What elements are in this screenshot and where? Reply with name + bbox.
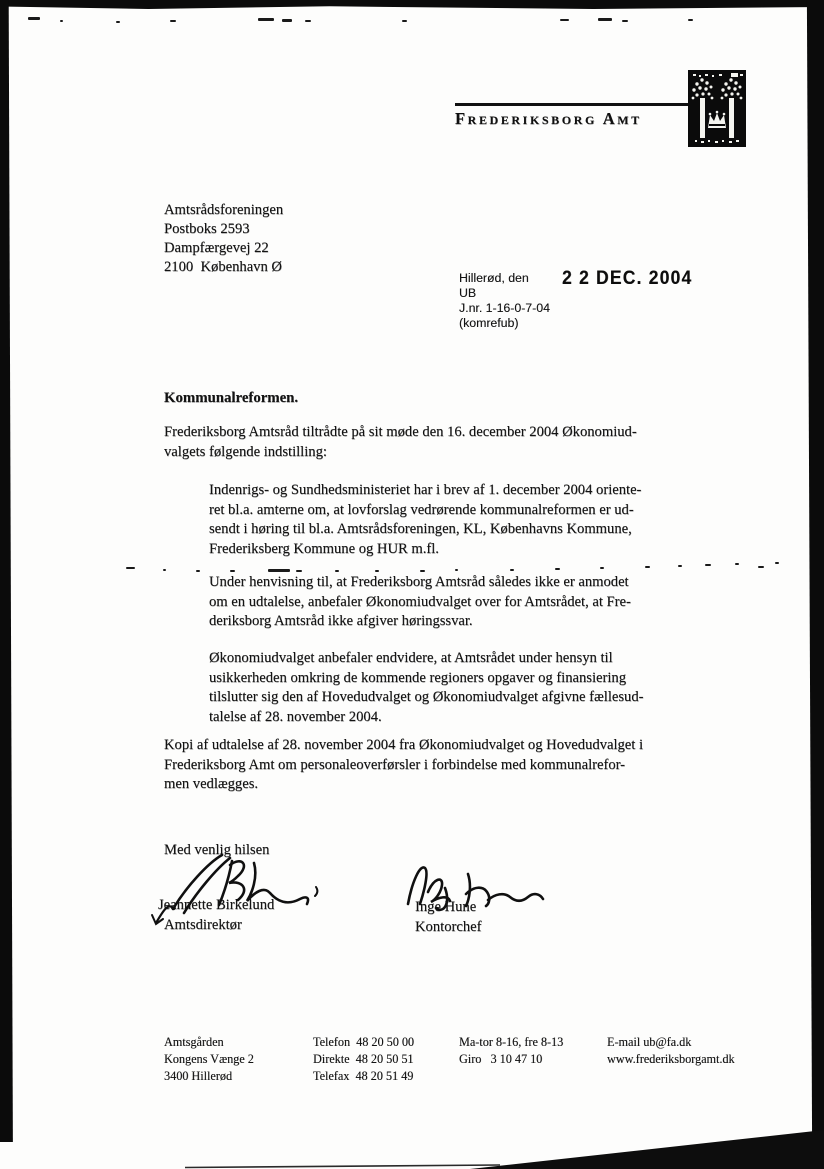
scan-speck [170,20,176,22]
scan-artifact-right-border [805,0,824,1169]
scan-speck [622,20,628,22]
scan-speck [116,21,120,23]
journal-number: J.nr. 1-16-0-7-04 [459,301,550,316]
subject-line: Kommunalreformen. [164,390,298,407]
scan-speck [402,20,407,22]
place-line: Hillerød, den [459,271,550,286]
scan-speck [258,18,274,21]
date-stamp: 2 2 DEC. 2004 [562,266,692,290]
scan-speck [758,566,764,568]
signer-title: Kontorchef [415,919,481,936]
scan-speck [775,562,779,564]
scan-speck [705,564,711,566]
footer-online-contact: E-mail ub@fa.dk www.frederiksborgamt.dk [607,1034,735,1068]
signer-title: Amtsdirektør [164,917,242,934]
scan-speck [60,20,63,22]
scan-speck [735,563,739,565]
scan-speck [335,570,339,572]
reference-code: (komrefub) [459,316,550,331]
footer-hours-giro: Ma-tor 8-16, fre 8-13 Giro 3 10 47 10 [459,1034,563,1068]
initials: UB [459,286,550,301]
scan-speck [230,570,235,572]
paragraph: Frederiksborg Amtsråd tiltrådte på sit m… [164,423,637,462]
scanned-letter-page: Frederiksborg Amt [0,0,824,1169]
scan-speck [196,570,200,572]
footer-phones: Telefon 48 20 50 00 Direkte 48 20 50 51 … [313,1034,414,1085]
paragraph: Kopi af udtalelse af 28. november 2004 f… [164,736,643,795]
scan-speck [688,19,693,21]
recipient-address: Amtsrådsforeningen Postboks 2593 Dampfær… [164,201,283,277]
scan-speck [375,570,379,572]
signer-name: Jeannette Birkelund [158,897,274,914]
footer-address: Amtsgården Kongens Vænge 2 3400 Hillerød [164,1034,254,1085]
scan-artifact-top-border [0,0,824,9]
scan-speck [305,20,311,22]
signature-jeannette-birkelund [146,849,331,927]
letter-meta: Hillerød, den UB J.nr. 1-16-0-7-04 (komr… [459,271,550,331]
scan-speck [555,568,560,570]
scan-speck [598,18,612,21]
org-name: Frederiksborg Amt [455,109,642,129]
scan-speck [163,569,166,571]
scan-speck [645,566,650,568]
scan-speck [678,565,682,567]
scan-speck [268,569,290,572]
paragraph-indented: Økonomiudvalget anbefaler endvidere, at … [209,649,643,727]
paragraph-indented: Under henvisning til, at Frederiksborg A… [209,573,631,632]
scan-speck [560,19,569,21]
scan-speck [296,570,302,572]
signer-name: Inge Hune [415,899,476,916]
paragraph-indented: Indenrigs- og Sundhedsministeriet har i … [209,481,641,559]
scan-artifact-bottom-wedge [0,1120,824,1169]
amt-crest-logo-icon [688,70,746,147]
scan-speck [510,569,514,571]
scan-speck [282,19,292,22]
scan-speck [600,567,604,569]
header-rule [455,103,712,106]
crown-icon [708,111,726,128]
scan-artifact-left-border [0,0,14,1142]
scan-speck [420,570,425,572]
scan-speck [28,17,40,20]
scan-speck [126,567,135,569]
scan-speck [455,569,458,571]
